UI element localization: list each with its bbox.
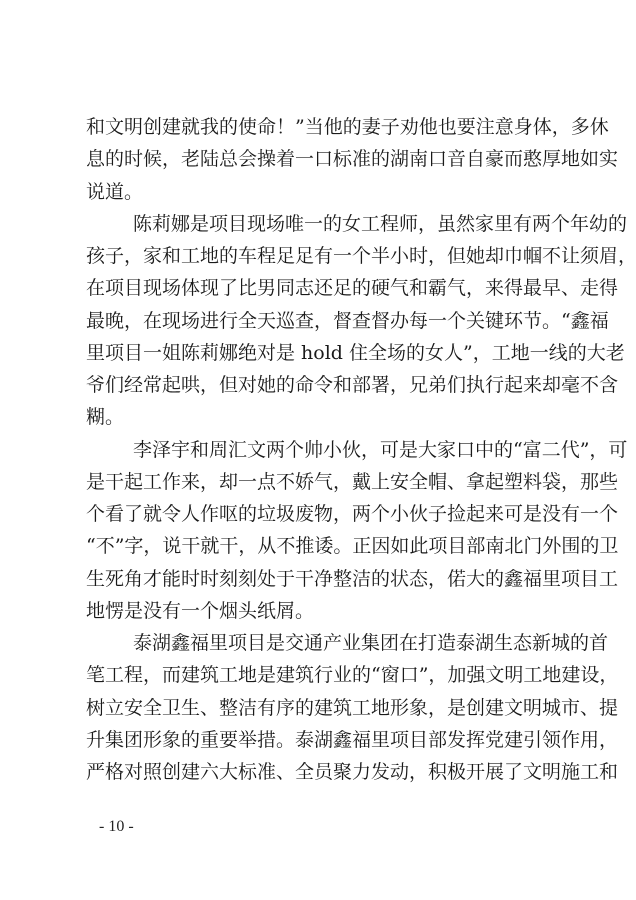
text-line: 里项目一姐陈莉娜绝对是 hold 住全场的女人”，工地一线的大老 (86, 337, 558, 369)
paragraph-start-line: 陈莉娜是项目现场唯一的女工程师，虽然家里有两个年幼的 (86, 208, 558, 240)
paragraph-start-line: 泰湖鑫福里项目是交通产业集团在打造泰湖生态新城的首 (86, 627, 558, 659)
document-page: 和文明创建就我的使命！”当他的妻子劝他也要注意身体，多休 息的时候，老陆总会操着… (0, 0, 636, 900)
text-line: 孩子，家和工地的车程足足有一个半小时，但她却巾帼不让须眉， (86, 240, 558, 272)
text-line: 是干起工作来，却一点不娇气，戴上安全帽、拿起塑料袋，那些 (86, 466, 558, 498)
text-line: 升集团形象的重要举措。泰湖鑫福里项目部发挥党建引领作用， (86, 724, 558, 756)
text-line: 糊。 (86, 401, 558, 433)
text-line: 严格对照创建六大标准、全员聚力发动，积极开展了文明施工和 (86, 756, 558, 788)
text-line: 地愣是没有一个烟头纸屑。 (86, 595, 558, 627)
page-number: - 10 - (99, 818, 134, 836)
text-line: 在项目现场体现了比男同志还足的硬气和霸气，来得最早、走得 (86, 272, 558, 304)
text-line: 说道。 (86, 176, 558, 208)
text-line: 息的时候，老陆总会操着一口标准的湖南口音自豪而憨厚地如实 (86, 143, 558, 175)
text-line: 爷们经常起哄，但对她的命令和部署，兄弟们执行起来却毫不含 (86, 369, 558, 401)
text-line: 生死角才能时时刻刻处于干净整洁的状态，偌大的鑫福里项目工 (86, 563, 558, 595)
text-line: 树立安全卫生、整洁有序的建筑工地形象，是创建文明城市、提 (86, 692, 558, 724)
text-line: “不”字，说干就干，从不推诿。正因如此项目部南北门外围的卫 (86, 530, 558, 562)
text-line: 个看了就令人作呕的垃圾废物，两个小伙子捡起来可是没有一个 (86, 498, 558, 530)
paragraph-start-line: 李泽宇和周汇文两个帅小伙，可是大家口中的“富二代”，可 (86, 434, 558, 466)
text-line: 和文明创建就我的使命！”当他的妻子劝他也要注意身体，多休 (86, 111, 558, 143)
text-line: 最晚，在现场进行全天巡查，督查督办每一个关键环节。“鑫福 (86, 305, 558, 337)
text-line: 笔工程，而建筑工地是建筑行业的“窗口”，加强文明工地建设， (86, 659, 558, 691)
body-text: 和文明创建就我的使命！”当他的妻子劝他也要注意身体，多休 息的时候，老陆总会操着… (86, 111, 558, 788)
